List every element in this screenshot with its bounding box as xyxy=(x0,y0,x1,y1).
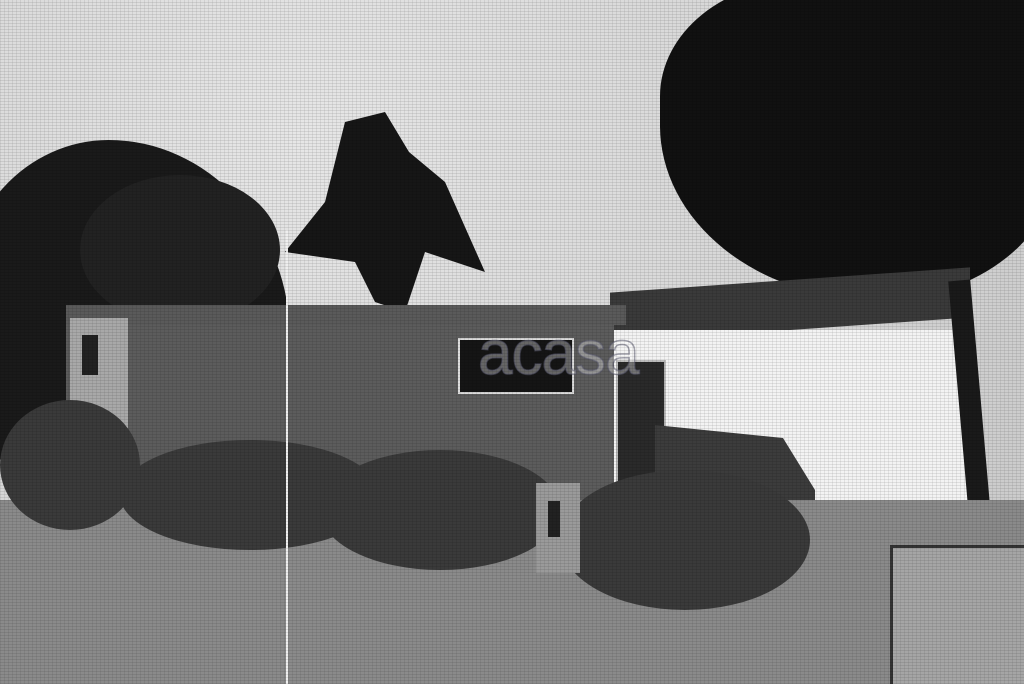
pillar-opening xyxy=(82,335,98,375)
pole xyxy=(286,230,288,684)
photo-scene: acasa xyxy=(0,0,1024,684)
tree-right xyxy=(660,0,1024,300)
bush xyxy=(320,450,560,570)
utility-box xyxy=(536,483,580,573)
bush xyxy=(560,470,810,610)
watermark: acasa xyxy=(478,318,638,389)
tree-left-canopy xyxy=(80,175,280,325)
pine-tree xyxy=(285,112,485,312)
bush xyxy=(0,400,140,530)
fence-panel xyxy=(890,545,1024,684)
